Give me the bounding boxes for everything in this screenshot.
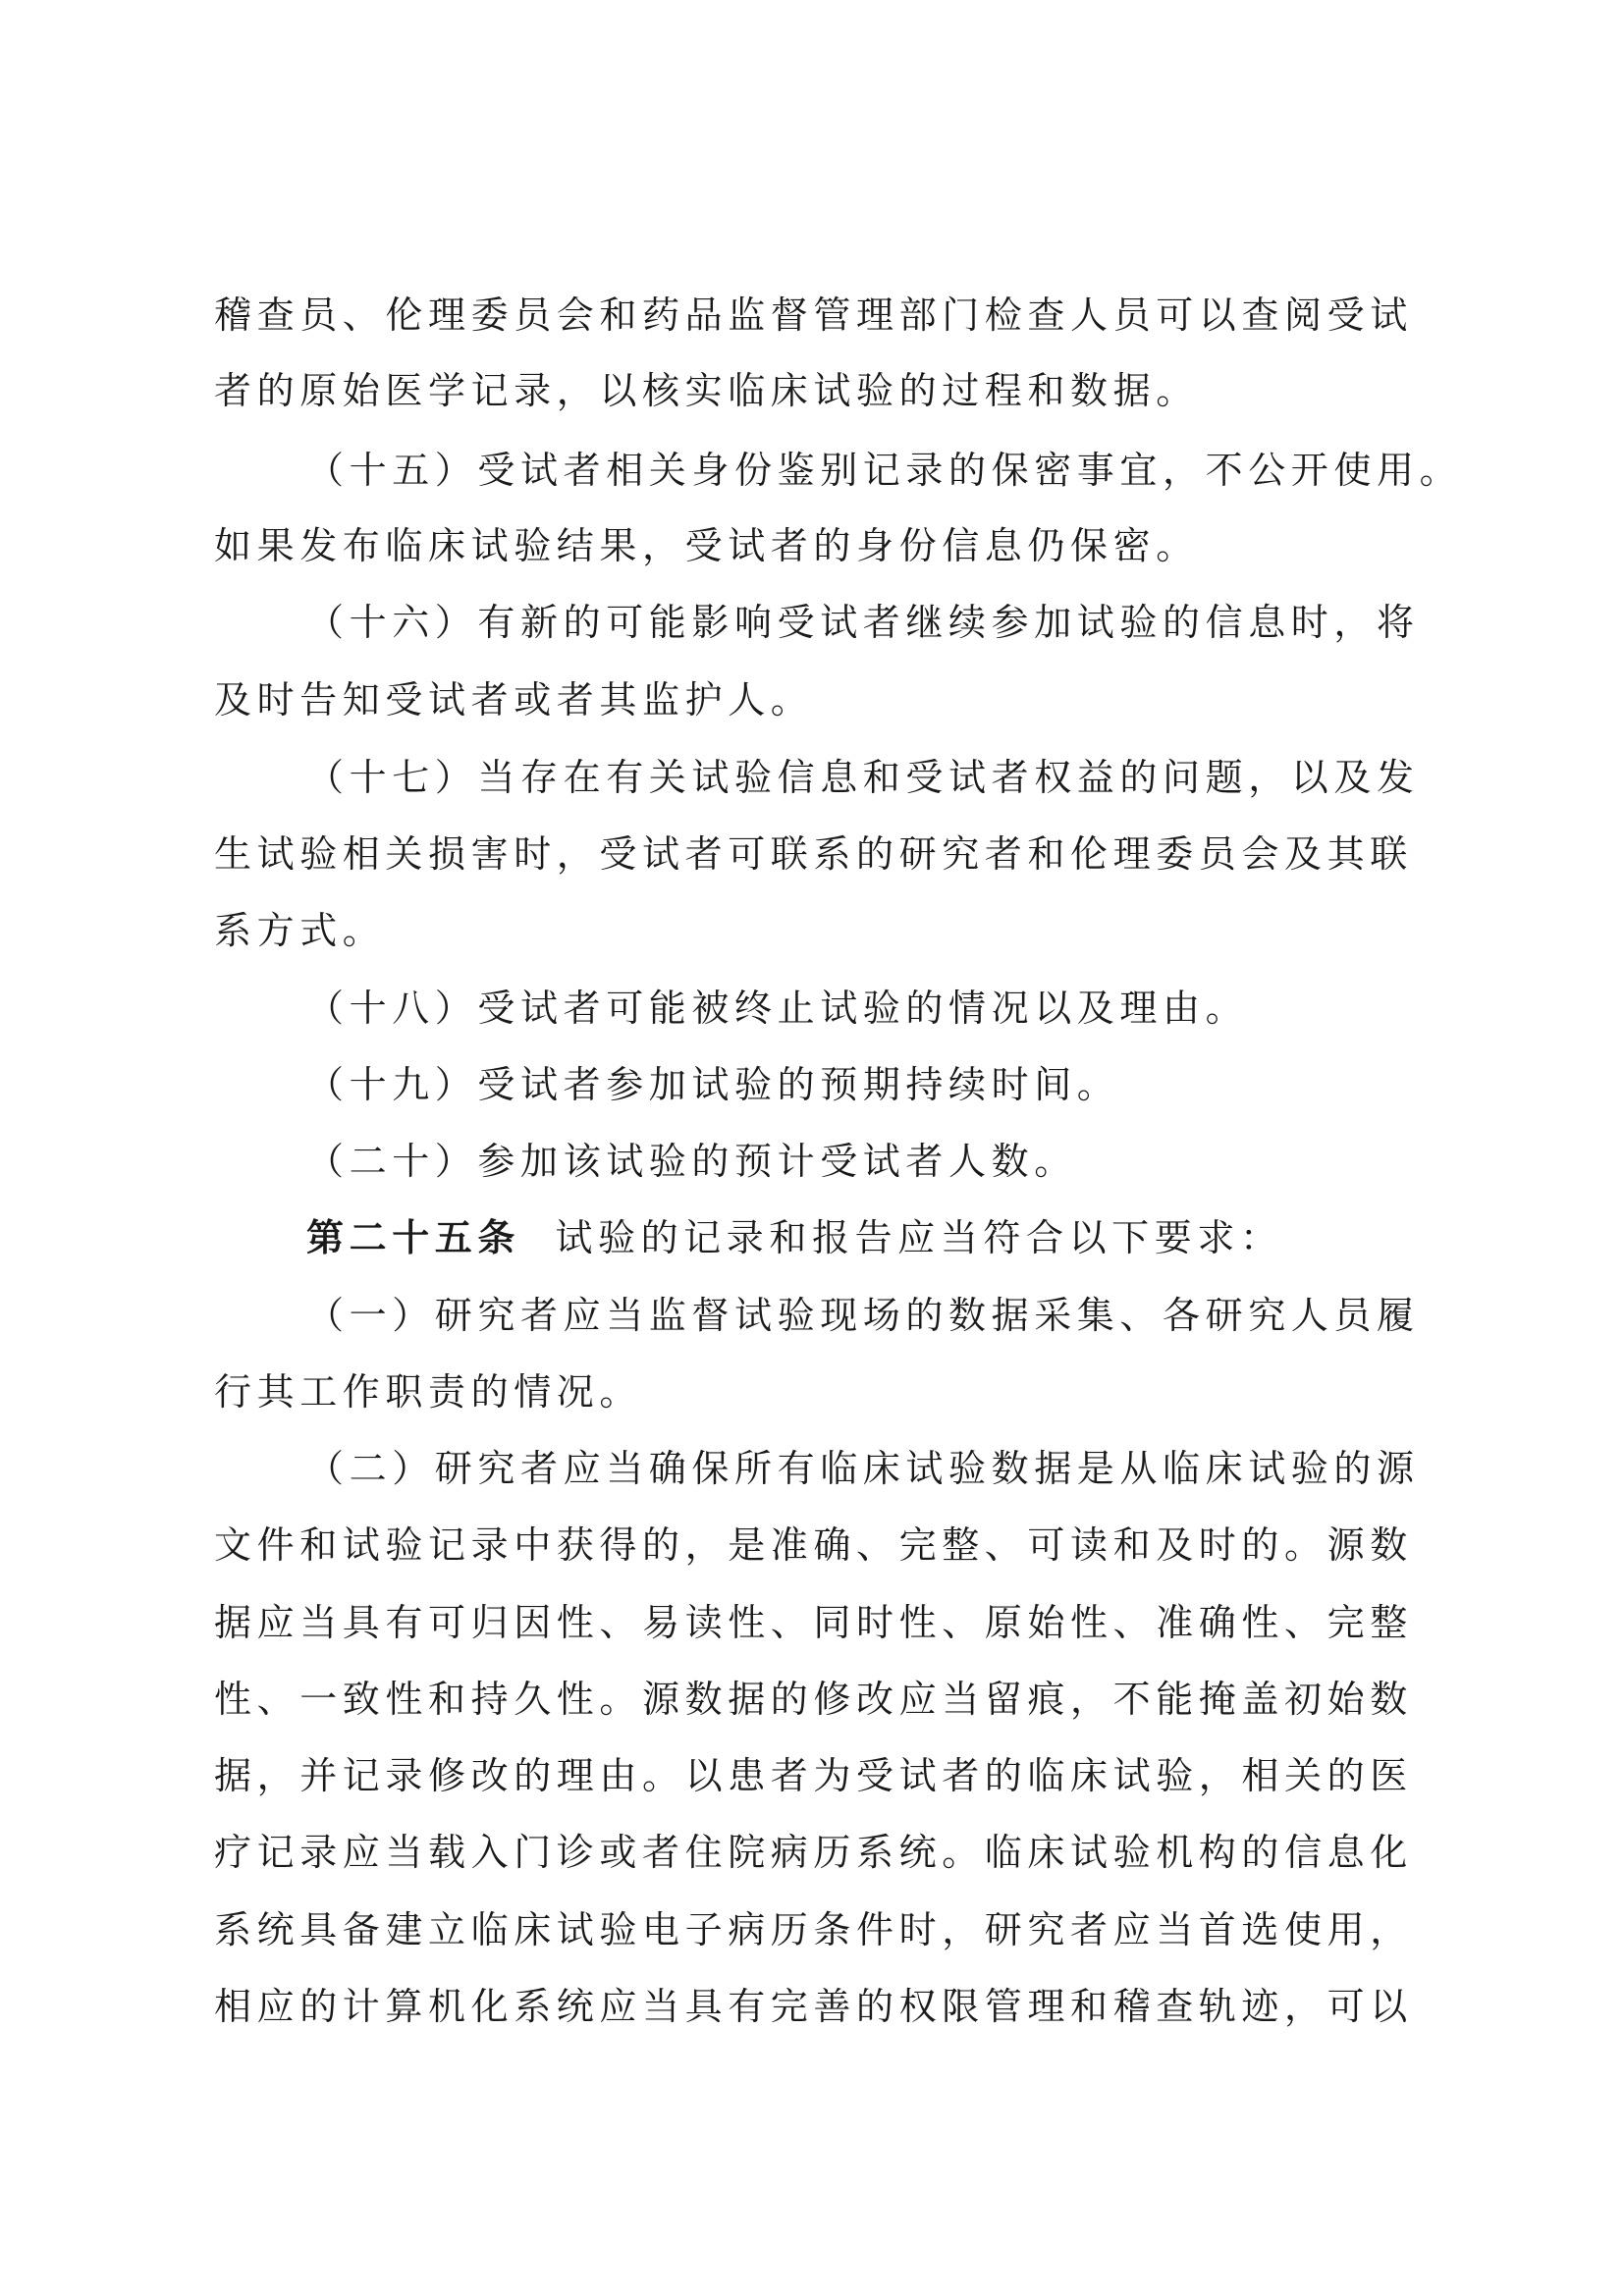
text-line: （十七）当存在有关试验信息和受试者权益的问题，以及发 — [306, 751, 1509, 804]
text-line: （二）研究者应当确保所有临床试验数据是从临床试验的源 — [306, 1442, 1509, 1495]
text-line: （十六）有新的可能影响受试者继续参加试验的信息时，将 — [306, 596, 1509, 649]
article-spacer — [520, 1216, 555, 1259]
article-number: 第二十五条 — [306, 1216, 520, 1259]
text-line: 稽查员、伦理委员会和药品监督管理部门检查人员可以查阅受试 — [214, 289, 1417, 342]
text-line: 系统具备建立临床试验电子病历条件时，研究者应当首选使用， — [214, 1903, 1417, 1956]
article-text: 试验的记录和报告应当符合以下要求： — [555, 1216, 1282, 1259]
text-line: 文件和试验记录中获得的，是准确、完整、可读和及时的。源数 — [214, 1519, 1417, 1572]
text-line: 行其工作职责的情况。 — [214, 1365, 1417, 1418]
text-line: （十八）受试者可能被终止试验的情况以及理由。 — [306, 982, 1509, 1035]
text-line: （十五）受试者相关身份鉴别记录的保密事宜，不公开使用。 — [306, 444, 1509, 497]
text-line: 相应的计算机化系统应当具有完善的权限管理和稽查轨迹，可以 — [214, 1980, 1417, 2033]
text-line: 如果发布临床试验结果，受试者的身份信息仍保密。 — [214, 519, 1417, 572]
text-line: 系方式。 — [214, 904, 1417, 957]
text-line: （十九）受试者参加试验的预期持续时间。 — [306, 1058, 1509, 1111]
text-line: 及时告知受试者或者其监护人。 — [214, 673, 1417, 726]
text-line: （二十）参加该试验的预计受试者人数。 — [306, 1135, 1509, 1188]
article-heading-line: 第二十五条 试验的记录和报告应当符合以下要求： — [306, 1211, 1509, 1264]
text-line: 据，并记录修改的理由。以患者为受试者的临床试验，相关的医 — [214, 1749, 1417, 1802]
text-line: （一）研究者应当监督试验现场的数据采集、各研究人员履 — [306, 1289, 1509, 1342]
text-line: 疗记录应当载入门诊或者住院病历系统。临床试验机构的信息化 — [214, 1826, 1417, 1879]
text-line: 据应当具有可归因性、易读性、同时性、原始性、准确性、完整 — [214, 1596, 1417, 1649]
text-line: 生试验相关损害时，受试者可联系的研究者和伦理委员会及其联 — [214, 828, 1417, 881]
text-line: 者的原始医学记录，以核实临床试验的过程和数据。 — [214, 364, 1417, 417]
text-line: 性、一致性和持久性。源数据的修改应当留痕，不能掩盖初始数 — [214, 1673, 1417, 1726]
document-page: 稽查员、伦理委员会和药品监督管理部门检查人员可以查阅受试 者的原始医学记录，以核… — [0, 0, 1624, 2296]
